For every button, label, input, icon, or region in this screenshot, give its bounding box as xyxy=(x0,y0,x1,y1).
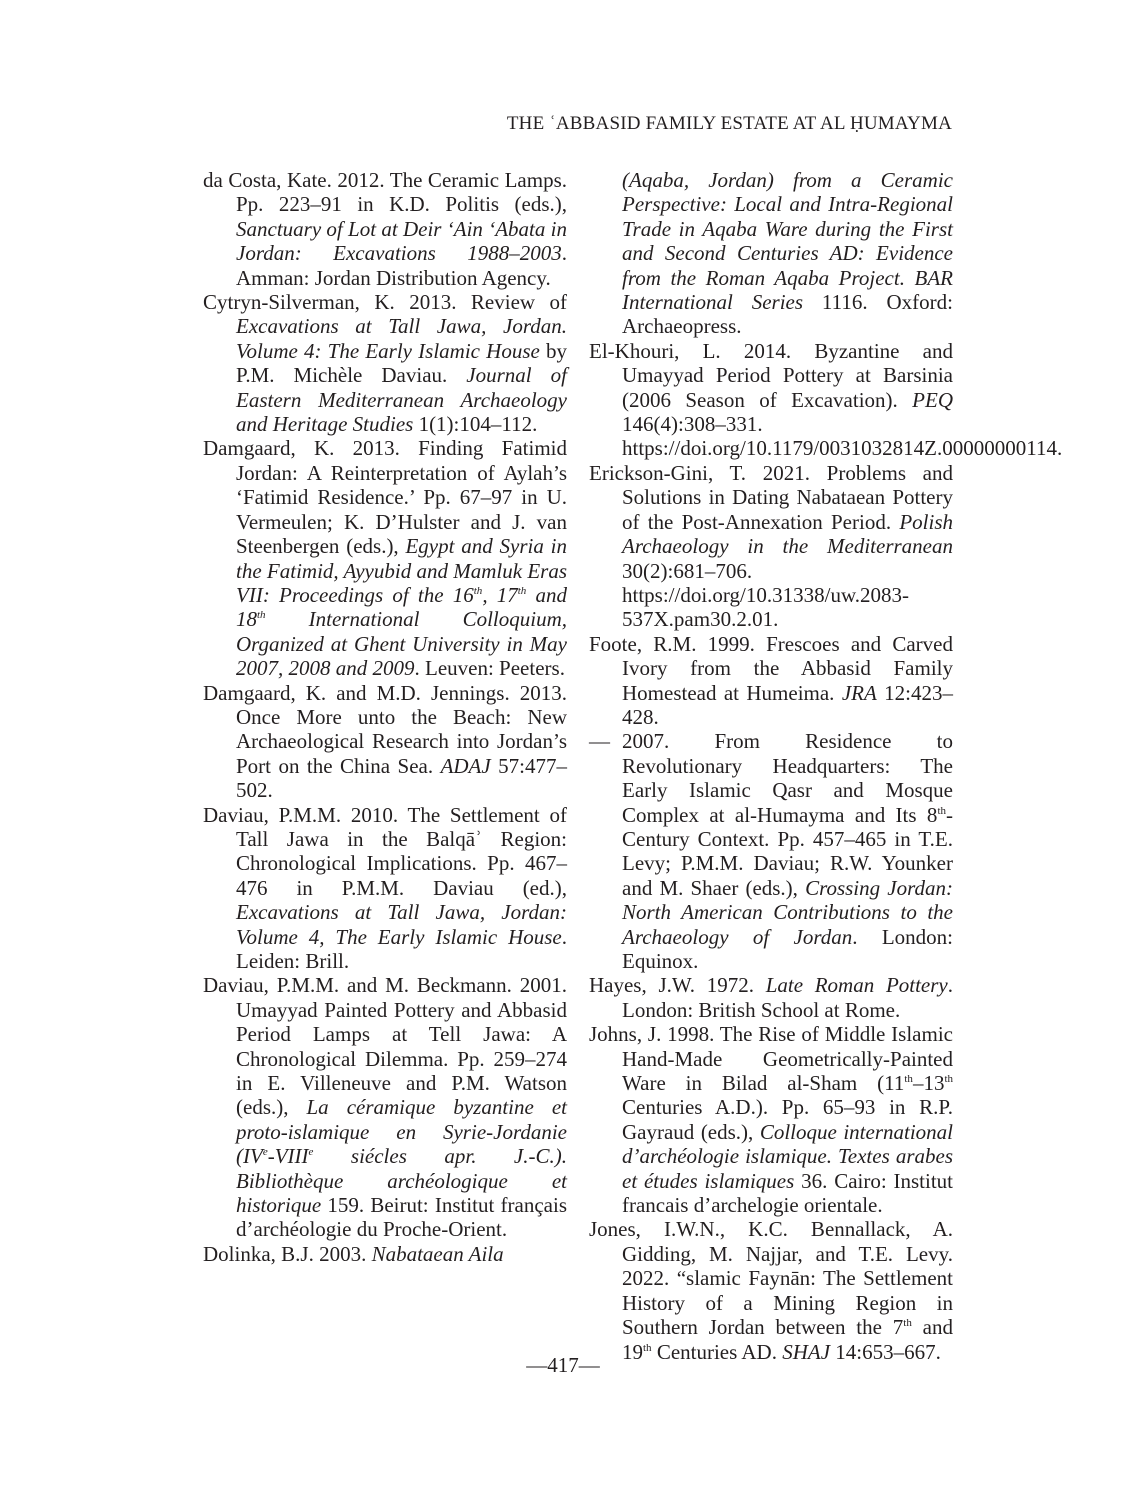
reference-text: th xyxy=(937,805,946,817)
page-number: —417— xyxy=(0,1353,1126,1378)
reference-text: –13 xyxy=(913,1071,945,1095)
reference-entry: Daviau, P.M.M. 2010. The Settlement of T… xyxy=(203,803,567,974)
reference-title-italic: -VIII xyxy=(268,1144,309,1168)
reference-title-italic: JRA xyxy=(842,681,877,705)
reference-title-italic: Nabataean Aila xyxy=(372,1242,504,1266)
reference-text: 146(4):308–331. https://doi.org/10.1179/… xyxy=(622,412,1062,460)
reference-text: th xyxy=(903,1317,912,1329)
reference-text: Dolinka, B.J. 2003. xyxy=(203,1242,372,1266)
reference-entry: Erickson-Gini, T. 2021. Problems and Sol… xyxy=(589,461,953,632)
reference-text: th xyxy=(944,1073,953,1085)
reference-text: Hayes, J.W. 1972. xyxy=(589,973,766,997)
reference-title-italic: PEQ xyxy=(912,388,953,412)
reference-entry: Johns, J. 1998. The Rise of Middle Islam… xyxy=(589,1022,953,1217)
same-author-dash: — xyxy=(589,729,622,753)
reference-text: Cytryn-Silverman, K. 2013. Review of xyxy=(203,290,567,314)
reference-text: . Leuven: Peeters. xyxy=(415,656,565,680)
references-column-right: (Aqaba, Jordan) from a Ceramic Perspecti… xyxy=(589,168,953,1364)
reference-text: th xyxy=(904,1073,913,1085)
reference-entry: Daviau, P.M.M. and M. Beckmann. 2001. Um… xyxy=(203,973,567,1241)
reference-entry: —2007. From Residence to Revolutionary H… xyxy=(589,729,953,973)
reference-title-italic: , 17 xyxy=(482,583,517,607)
reference-text: Jones, I.W.N., K.C. Bennallack, A. Giddi… xyxy=(589,1217,953,1339)
reference-text: Johns, J. 1998. The Rise of Middle Islam… xyxy=(589,1022,953,1095)
reference-title-italic: Sanctuary of Lot at Deir ʻAin ʻAbata in … xyxy=(236,217,567,265)
reference-entry: El-Khouri, L. 2014. Byzantine and Umayya… xyxy=(589,339,953,461)
reference-entry: (Aqaba, Jordan) from a Ceramic Perspecti… xyxy=(589,168,953,339)
reference-entry: da Costa, Kate. 2012. The Ceramic Lamps.… xyxy=(203,168,567,290)
reference-text: 30(2):681–706. https://doi.org/10.31338/… xyxy=(622,559,909,632)
reference-entry: Jones, I.W.N., K.C. Bennallack, A. Giddi… xyxy=(589,1217,953,1363)
reference-text: th xyxy=(643,1342,652,1354)
reference-entry: Hayes, J.W. 1972. Late Roman Pottery. Lo… xyxy=(589,973,953,1022)
reference-text: da Costa, Kate. 2012. The Ceramic Lamps.… xyxy=(203,168,567,216)
reference-entry: Foote, R.M. 1999. Frescoes and Carved Iv… xyxy=(589,632,953,730)
reference-title-italic: th xyxy=(257,609,266,621)
reference-entry: Damgaard, K. 2013. Finding Fatimid Jorda… xyxy=(203,436,567,680)
reference-text: Daviau, P.M.M. 2010. The Settlement of T… xyxy=(203,803,567,900)
reference-text: 2007. From Residence to Revolutionary He… xyxy=(622,729,953,826)
reference-text: 1(1):104–112. xyxy=(413,412,537,436)
reference-entry: Cytryn-Silverman, K. 2013. Review of Exc… xyxy=(203,290,567,436)
reference-entry: Damgaard, K. and M.D. Jennings. 2013. On… xyxy=(203,681,567,803)
reference-title-italic: Late Roman Pottery xyxy=(766,973,948,997)
references-column-left: da Costa, Kate. 2012. The Ceramic Lamps.… xyxy=(203,168,567,1266)
reference-title-italic: ADAJ xyxy=(441,754,491,778)
reference-entry: Dolinka, B.J. 2003. Nabataean Aila xyxy=(203,1242,567,1266)
reference-title-italic: Excavations at Tall Jawa, Jordan. Volume… xyxy=(236,314,567,362)
running-head: THE ʿABBASID FAMILY ESTATE AT AL ḤUMAYMA xyxy=(507,113,952,135)
reference-title-italic: Excavations at Tall Jawa, Jordan: Volume… xyxy=(236,900,567,948)
reference-text: El-Khouri, L. 2014. Byzantine and Umayya… xyxy=(589,339,953,412)
